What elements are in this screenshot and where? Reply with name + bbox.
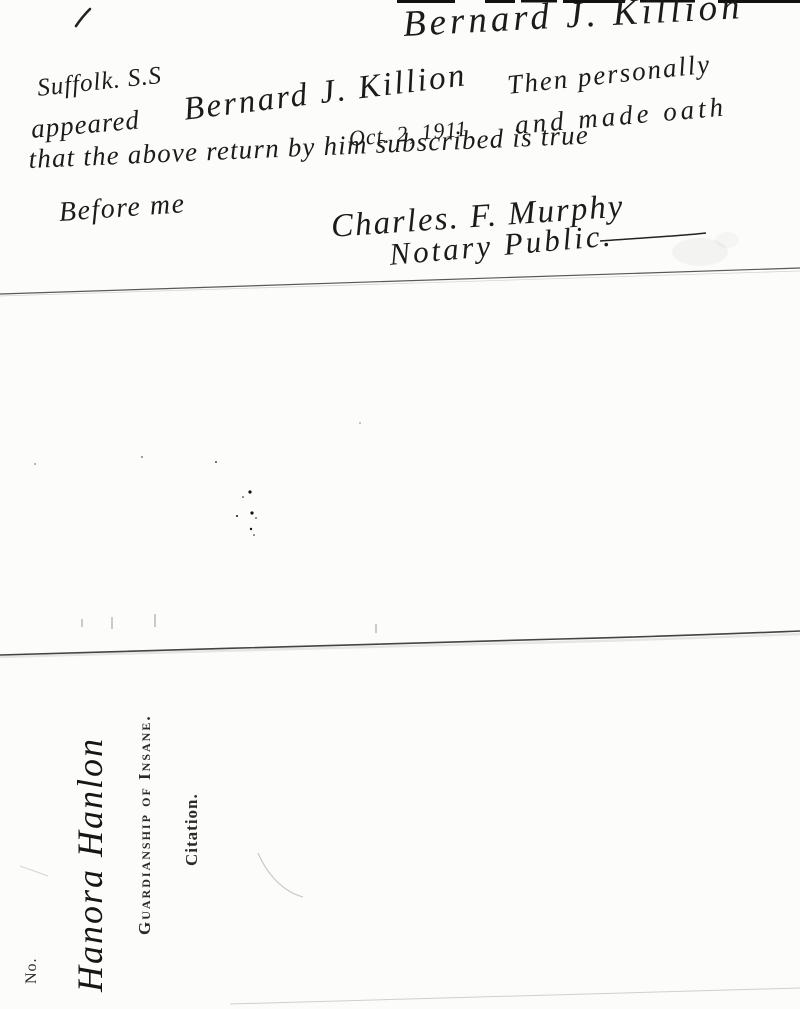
county-ss-line: Suffolk. S.S xyxy=(36,63,163,101)
crease-line-upper-fuzz xyxy=(0,271,800,296)
left-faint-line xyxy=(20,866,48,876)
form-title-guardianship: Guardianship of Insane. xyxy=(136,714,153,935)
bottom-faint-crease xyxy=(230,988,800,1004)
pen-slash-mark xyxy=(76,9,90,26)
before-me-text: Before me xyxy=(58,190,186,227)
crease-ticks xyxy=(82,614,376,633)
appeared-text: appeared xyxy=(30,107,141,143)
signature-bernard-killion-top: Bernard J. Killion xyxy=(402,0,744,43)
signature-hanora-hanlon: Hanora Hanlon xyxy=(72,737,108,992)
scanned-document-page: Bernard J. Killion Suffolk. S.S Then per… xyxy=(0,0,800,1009)
crease-line-upper xyxy=(0,268,800,294)
crease-line-lower xyxy=(0,631,800,655)
smudge xyxy=(672,238,728,266)
scratch-curve xyxy=(258,853,303,897)
case-number-label: No. xyxy=(24,957,40,984)
appeared-name-bernard-killion: Bernard J. Killion xyxy=(182,59,469,126)
then-personally-text: Then personally xyxy=(506,51,712,99)
smudge-small xyxy=(715,232,739,248)
form-type-citation: Citation. xyxy=(183,793,200,866)
ink-specks xyxy=(34,422,361,536)
signature-underline xyxy=(600,233,706,241)
crease-line-lower-fuzz xyxy=(0,634,800,657)
